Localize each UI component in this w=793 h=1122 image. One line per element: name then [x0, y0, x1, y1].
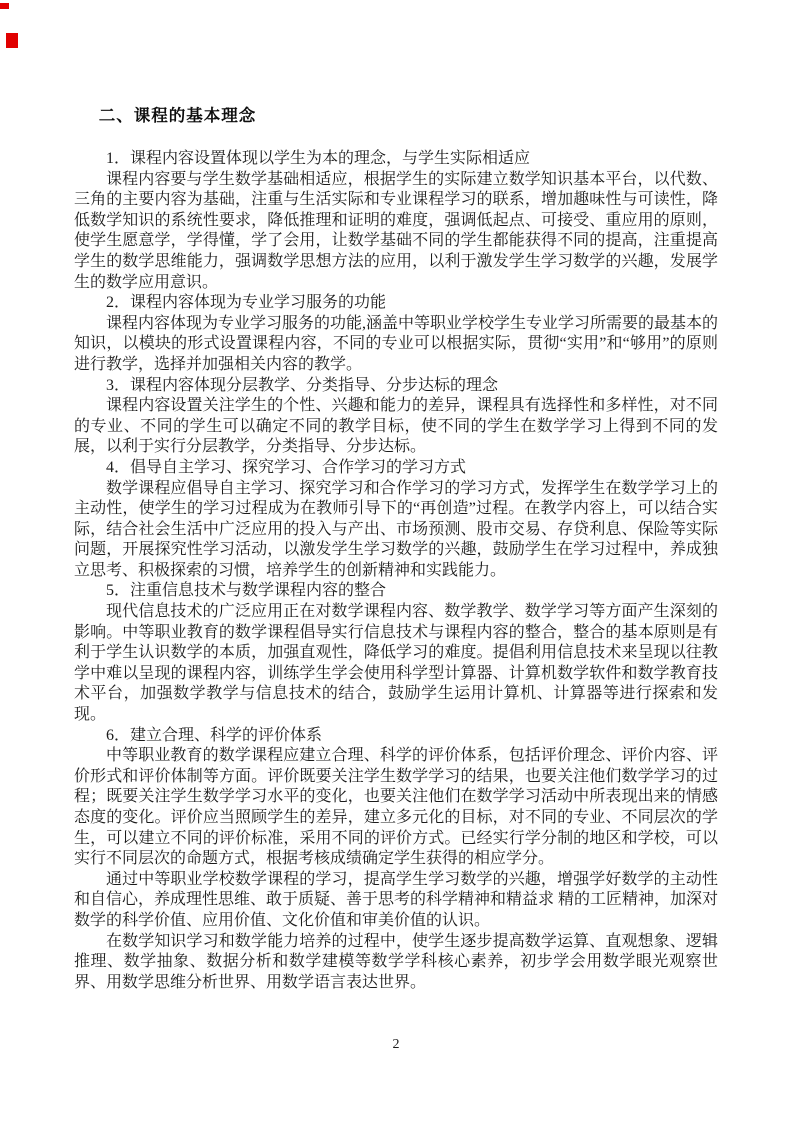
- page-content: 二、课程的基本理念 1．课程内容设置体现以学生为本的理念，与学生实际相适应课程内…: [0, 0, 793, 993]
- numbered-heading: 5．注重信息技术与数学课程内容的整合: [74, 581, 718, 602]
- paragraph: 通过中等职业学校数学课程的学习，提高学生学习数学的兴趣，增强学好数学的主动性和自…: [74, 870, 718, 932]
- paragraph: 在数学知识学习和数学能力培养的过程中，使学生逐步提高数学运算、直观想象、逻辑推理…: [74, 932, 718, 994]
- paragraph: 课程内容设置关注学生的个性、兴趣和能力的差异，课程具有选择性和多样性，对不同的专…: [74, 396, 718, 458]
- paragraph: 数学课程应倡导自主学习、探究学习和合作学习的学习方式，发挥学生在数学学习上的主动…: [74, 479, 718, 582]
- paragraph: 现代信息技术的广泛应用正在对数学课程内容、数学教学、数学学习等方面产生深刻的影响…: [74, 602, 718, 726]
- paragraph: 课程内容体现为专业学习服务的功能,涵盖中等职业学校学生专业学习所需要的最基本的知…: [74, 314, 718, 376]
- numbered-heading: 2．课程内容体现为专业学习服务的功能: [74, 293, 718, 314]
- paragraph: 课程内容要与学生数学基础相适应，根据学生的实际建立数学知识基本平台，以代数、三角…: [74, 170, 718, 294]
- closing-paragraphs-container: 通过中等职业学校数学课程的学习，提高学生学习数学的兴趣，增强学好数学的主动性和自…: [74, 870, 718, 994]
- paragraph: 中等职业教育的数学课程应建立合理、科学的评价体系，包括评价理念、评价内容、评价形…: [74, 746, 718, 870]
- sections-container: 1．课程内容设置体现以学生为本的理念，与学生实际相适应课程内容要与学生数学基础相…: [74, 149, 718, 870]
- red-scan-artifact-top: [0, 3, 9, 9]
- numbered-heading: 4．倡导自主学习、探究学习、合作学习的学习方式: [74, 458, 718, 479]
- page-number: 2: [74, 1037, 718, 1053]
- numbered-heading: 6．建立合理、科学的评价体系: [74, 726, 718, 747]
- red-scan-artifact-square: [6, 33, 18, 48]
- section-title: 二、课程的基本理念: [74, 106, 718, 127]
- document-page: 二、课程的基本理念 1．课程内容设置体现以学生为本的理念，与学生实际相适应课程内…: [0, 0, 793, 1122]
- numbered-heading: 1．课程内容设置体现以学生为本的理念，与学生实际相适应: [74, 149, 718, 170]
- numbered-heading: 3．课程内容体现分层教学、分类指导、分步达标的理念: [74, 376, 718, 397]
